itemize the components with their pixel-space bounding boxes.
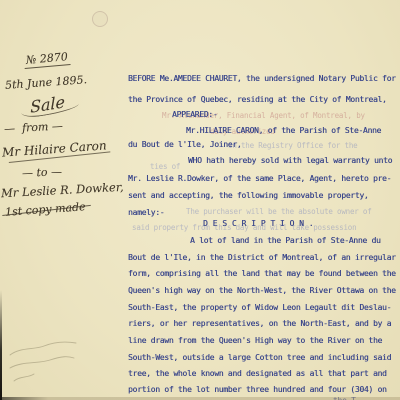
page-edge-left bbox=[0, 290, 2, 400]
typed-line: Mr. Leslie R.Dowker, of the same Place, … bbox=[128, 174, 391, 183]
to-label: — to — bbox=[22, 165, 62, 179]
buyer-name-note: Mr Leslie R. Dowker, bbox=[1, 180, 124, 200]
typed-line: line drawn from the Queen's High way to … bbox=[128, 336, 382, 345]
ghost-line: ties of bbox=[150, 162, 180, 171]
ghost-line: The purchaser will be the absolute owner… bbox=[186, 207, 372, 216]
typed-line: DESCRIPTION. bbox=[203, 219, 318, 228]
typed-line: namely:- bbox=[128, 208, 164, 217]
pencil-note bbox=[4, 335, 114, 397]
file-number: № 2870 bbox=[23, 50, 70, 69]
typed-line: du Bout de l'Ile, Joiner, bbox=[128, 140, 241, 149]
typed-line: BEFORE Me.AMEDEE CHAURET, the undersigne… bbox=[128, 74, 396, 83]
seller-name-note: Mr Hilaire Caron bbox=[2, 138, 107, 159]
typed-line: form, comprising all the land that may b… bbox=[128, 269, 396, 278]
typed-line: South-West, outside a large Cotton tree … bbox=[128, 353, 391, 362]
typed-line: tree, the whole known and designated as … bbox=[128, 369, 387, 378]
typed-line: APPEARED:- bbox=[172, 110, 217, 119]
typed-line: Mr.HILAIRE CARON, of the Parish of Ste-A… bbox=[186, 126, 381, 135]
typed-line: portion of the lot number three hundred … bbox=[128, 385, 387, 394]
date-note: 5th June 1895. bbox=[5, 73, 88, 92]
typed-line: Queen's high way on the North-West, the … bbox=[128, 286, 396, 295]
ghost-line: in the Registry Office for the bbox=[228, 141, 357, 150]
act-type-note: Sale bbox=[30, 92, 65, 117]
stamp-mark bbox=[92, 11, 108, 27]
typed-line: sent and accepting, the following immova… bbox=[128, 191, 368, 200]
typed-line: South-East, the property of Widow Leon L… bbox=[128, 303, 391, 312]
from-label: — from — bbox=[4, 119, 63, 135]
document-page: № 2870 5th June 1895. Sale — from — Mr H… bbox=[0, 0, 400, 400]
typed-line: A lot of land in the Parish of Ste-Anne … bbox=[190, 236, 381, 245]
typed-line: Bout de l'Ile, in the District of Montre… bbox=[128, 253, 396, 262]
typed-line: the Province of Quebec, residing at the … bbox=[128, 95, 387, 104]
typed-line: riers, or her representatives, on the No… bbox=[128, 319, 391, 328]
struck-copy-note: 1st copy made bbox=[5, 200, 86, 219]
typed-line: WHO hath hereby sold with legal warranty… bbox=[188, 156, 392, 165]
